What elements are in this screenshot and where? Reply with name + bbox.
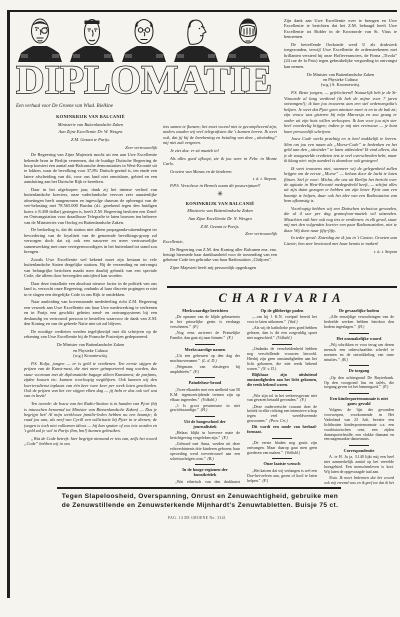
item-divider [195,377,215,378]
newspaper-page: DIPLOMATIE Een verhaal voor De Groene va… [0,0,400,617]
column-1: KONINKRIJK VAN BALCANIË Ministerie van B… [24,114,157,490]
item-text: „...om bij 't K.N. voetpad bereid het vo… [247,314,317,324]
charivaria-section: CHARIVARIA Merkwaardige berichten „De op… [167,286,397,488]
item-divider [272,344,292,345]
letter2-post: Z.M. Gezant te Parijs. [163,224,277,229]
charivaria-heading: Een kinderportemonnaie is niet gauw gevu… [326,397,392,407]
letter2-addressee: Aan Zijne Excellentie Dr. N. Wesgra [163,216,277,221]
charivaria-column-2: Op de glibberige paden „...om bij 't K.N… [247,309,317,485]
charivaria-heading: Uit de hoogeschool der journalistiek [172,420,238,430]
ps-line: Als alles goed afloopt, zie ik jou weer … [163,156,277,167]
item-divider [349,393,369,394]
charivaria-heading: In de hooge regionen der kunstkritiek [172,468,238,478]
item-divider [272,458,292,459]
section-divider-star: ✳ [163,191,277,198]
ps-paragraph: Ik weet trouwens niet, wanneer wij de ge… [284,166,397,204]
item-source: (F.) [191,369,199,374]
letter2-ministry: Ministerie van Buitenlandsche Zaken [163,208,277,213]
ps-paragraph: Jouw Code werkt prachtig en is heel makk… [284,136,397,163]
page-footer: PAG. 14 DE GROENE No. 3341 [168,516,226,520]
item-divider [272,390,292,391]
item-divider [349,333,369,334]
ps-paragraph: Voorloopig hebben wij een Duitschen tech… [284,206,397,233]
column-3: Zijn dank aan Uwe Excellentie over te br… [284,18,397,282]
charivaria-heading: De toegang [326,369,392,374]
charivaria-item: „Ondanks de verscheidenheid hebben nog v… [247,347,317,371]
item-source: (F.) [260,478,268,483]
letter-paragraph: De Regeering van Z.M. den Koning aller B… [163,247,277,263]
ps-paragraph: In ieder geval: Zaterdag zie ik jou in '… [284,235,397,246]
charivaria-item: „Gehuwd met Anna, werden uit deze echtve… [170,442,240,462]
charivaria-item: „Wie zijn tol in het verkeersgevaar niet… [247,394,317,404]
letter2-confidential: Zeer vertrouwelijk [163,231,277,236]
letter1-heading: KONINKRIJK VAN BALCANIË [24,114,157,119]
left-rule [7,10,10,598]
letter-paragraph: De betreffende Oorkonde werd U als drukw… [284,42,397,69]
charivaria-item: „Helaas blijkt in hoeverre mate de beric… [170,431,240,441]
charivaria-item: A. te H. Ja ja, 3.140 lijkt mij een heel… [324,455,394,475]
ps-continuation: iets samen te flansen; het moet vooral n… [163,124,277,146]
diplomats-illustration [16,14,272,62]
letter1-addressee: Aan Zijne Excellentie Dr. W. Wesgra [24,129,157,134]
masthead: DIPLOMATIE [12,56,276,102]
item-text: „Wegmans van elastiegen bij amphibieën.” [170,364,240,374]
charivaria-heading: Correspondentie [326,449,392,454]
item-source: (N. v. D.) [260,366,277,371]
column-2: iets samen te flansen; het moet vooral n… [163,124,277,282]
item-source: (Volksbl.) [283,450,300,455]
item-text: „Wij schrikken er voor terug om dezen me… [324,342,394,362]
charivaria-item: „Uit een gebeuren op den dag der machtso… [170,354,240,364]
charivaria-column-1: Merkwaardige berichten „De opname van de… [170,309,240,485]
item-source: (L. d. D.) [200,358,217,363]
charivaria-heading: Het onsmakelijke woord [326,337,392,342]
charivaria-item: Volgens de lijst der gevonden voorwerpen… [324,408,394,442]
item-source: (H.) [356,324,365,329]
charivaria-item: „Twee elkander met een snelheid van 50 K… [170,388,240,403]
charivaria-column-3: De gevaarlijke bodem „Alle eenzijdige ve… [324,309,394,485]
charivaria-item: „Het katoen dat wij verlangen is wel een… [247,469,317,484]
item-source: (B.) [340,357,348,362]
ad-line: Tegen Slapeloosheid, Overspanning, Onrus… [30,492,370,501]
stepan-signature: t. à. t. Stepan. [163,176,277,181]
item-source: (F.) [191,324,199,329]
letter1-ministry: Ministerie van Buitenlandsche Zaken [24,122,157,127]
item-text: „Wat etherisch van den drukkunst hoogste… [170,479,240,485]
top-rule [10,10,397,12]
charivaria-heading: Merkwaardige namen [172,348,238,353]
charivaria-heading: Op de glibberige paden [249,309,315,314]
charivaria-item: Nota. Ik moet bekennen dat het woord ook… [324,476,394,485]
charivaria-comment: Blijkbaar zijn uitsluitend omstandighede… [247,373,317,388]
letter-paragraph: Daar in het afgeloopen jaar, dank zij he… [24,187,157,225]
letter-paragraph: De noodige credieten werden tegelijkerti… [24,329,157,340]
item-text: A. te H. Ja ja, 3.140 lijkt mij een heel… [324,454,394,474]
item-text: „De opname van de blijde gebeurtenis in … [170,314,240,329]
charivaria-heading: Paindeluxe-brood [172,381,238,386]
letter-paragraph: Daar deze installatie een absoluut nieuw… [24,281,157,297]
charivaria-item: „Wij schrikken er voor terug om dezen me… [324,343,394,363]
ps-line: Je ziet dus: er zit muziek in! [163,148,277,153]
item-source: (Volksbl.) [199,397,216,402]
item-text: „Gehuwd met Anna, werden uit deze echtve… [170,441,240,461]
item-source: (F.) [225,335,233,340]
ps-paragraph: P.S. Beste jongen, — gefeliciteerd! Natu… [284,90,397,134]
letter1-confidential: Zeer vertrouwelijk [24,145,157,150]
item-divider [195,416,215,417]
charivaria-item: „Als wij de katholieke pers goed hebben … [247,326,317,341]
item-source: (F.) [298,397,306,402]
item-text: „Helaas blijkt in hoeverre mate de beric… [170,430,240,440]
item-source: (F.) [220,435,228,440]
charivaria-item: „Wegmans van elastiegen bij amphibieën.”… [170,365,240,375]
letter2-letterhead: KONINKRIJK VAN BALCANIË Ministerie van B… [163,201,277,229]
charivaria-item: „De opname van de blijde gebeurtenis in … [170,315,240,330]
signature-line: (w.g.) Kroontewitsj. [24,353,157,358]
charivaria-heading: De gevaarlijke bodem [326,309,392,314]
letter1-signature: De Minister van Buitenlandsche Zaken en … [24,342,157,358]
letter2-heading: KONINKRIJK VAN BALCANIË [163,201,277,206]
item-source: (Volksbl.) [275,335,292,340]
item-source: (Prov. Crt.) [267,418,287,423]
charivaria-item: „Nog eens arriveert de Prinselijke Famil… [170,331,240,341]
ps-paragraph: „Wat de Code betreft: hier begrijpt niem… [24,436,157,447]
letter2-salutation: Excellentie, [163,239,277,244]
charivaria-comment: Dit wordt een mode van herhaal-formaat. [247,425,317,435]
ps-paragraph: Ten tweede: de bouw van het Radio-Statio… [24,401,157,434]
letter2-signature: De Minister van Buitenlandsche Zaken en … [284,72,397,88]
item-divider [349,365,369,366]
item-text: „De eerste bladen nog gratis zijn ontvan… [247,440,317,455]
charivaria-item: „'t Is groot pessimisme in niet gewichts… [170,404,240,414]
masthead-subtitle: Een verhaal voor De Groene van Wlad. Bie… [16,104,266,109]
charivaria-heading: Onze laatste wensch [249,462,315,467]
signature-line: (w.g.) S. Kroontewitsj. [284,82,397,87]
charivaria-item: „De eerste bladen nog gratis zijn ontvan… [247,441,317,456]
charivaria-columns: Merkwaardige berichten „De opname van de… [167,309,397,485]
item-text: „Het katoen dat wij verlangen is wel een… [247,468,317,483]
charivaria-item: „Deze ouderwetsche courant doet de kriti… [247,405,317,425]
item-text: Volgens de lijst der gevonden voorwerpen… [324,407,394,441]
ad-line: de Zenuwstillende en Zenuwsterkende Mijn… [30,501,370,510]
item-divider [195,464,215,465]
charivaria-item: „Alle eenzijdige verzachtingen van de be… [324,315,394,330]
stepan-signature: t. à. t. Stepan [284,249,397,254]
letter1-post: Z.M. Gezant te Parijs. [24,137,157,142]
letter-paragraph: De bedoeling is, dat dit station niet al… [24,227,157,254]
letter-paragraph: Zijne Majesteit heeft mij persoonlijk op… [163,265,277,270]
letter-paragraph: De Regeering van Zijne Majesteit mocht u… [24,152,157,185]
page-title: DIPLOMATIE [16,57,272,102]
letter-paragraph: Zooals Uwe Excellentie wel bekend moet z… [24,257,157,279]
letter-continuation: Zijn dank aan Uwe Excellentie over te br… [284,18,397,40]
charivaria-item: „Op den achtergrond De Ruyterbank. Op de… [324,376,394,391]
item-source: (H.) [199,407,208,412]
charivaria-item: „Wat etherisch van den drukkunst hoogste… [170,480,240,485]
charivaria-item: „...om bij 't K.N. voetpad bereid het vo… [247,315,317,325]
ps-paragraph: P.S. Kolja, jongen — er is geld te verdi… [24,361,157,399]
ps-line: Groeten van Manus en de kinderen. [163,169,277,174]
advertisement: Tegen Slapeloosheid, Overspanning, Onrus… [30,492,370,510]
item-divider [195,344,215,345]
charivaria-title: CHARIVARIA [167,291,397,306]
bottom-rule [57,487,341,489]
item-text: Nota. Ik moet bekennen dat het woord ook… [324,475,394,485]
item-text: „Ondanks de verscheidenheid hebben nog v… [247,346,317,371]
item-source: (B.) [206,456,214,461]
item-text: „Wie zijn tol in het verkeersgevaar niet… [247,393,317,403]
item-source: (F.) [381,384,389,389]
item-source: (Vad.) [286,319,298,324]
item-divider [349,445,369,446]
letter1-letterhead: KONINKRIJK VAN BALCANIË Ministerie van B… [24,114,157,142]
pps-line: P.P.S. Verscheur in Hemels naam dit post… [163,183,277,188]
item-divider [272,438,292,439]
charivaria-heading: Merkwaardige berichten [172,309,238,314]
letter-paragraph: Naar aanleiding van bovenstaande mededee… [24,299,157,326]
